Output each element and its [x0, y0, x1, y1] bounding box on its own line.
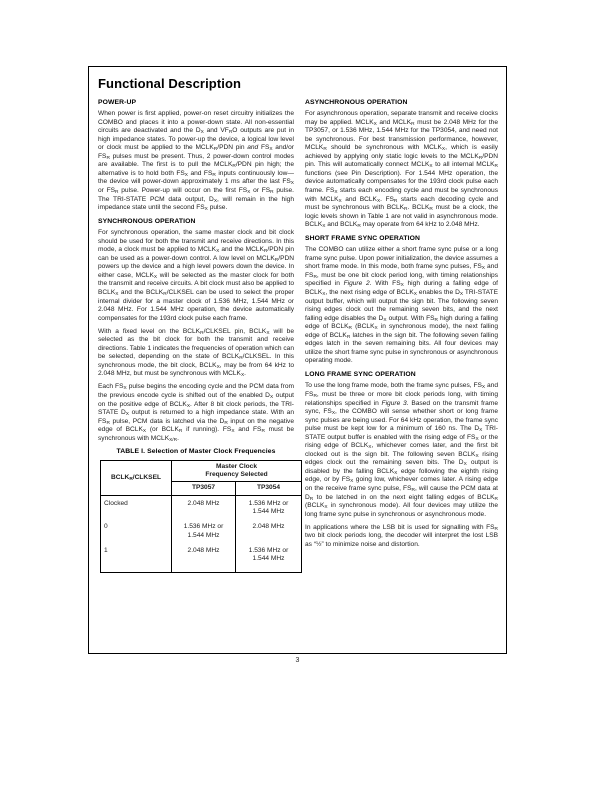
table-col1-header: BCLKR/CLKSEL	[101, 460, 172, 495]
page-number: 3	[88, 657, 507, 664]
page-title: Functional Description	[98, 76, 498, 91]
table-cell: 1.536 MHz or 1.544 MHz	[236, 495, 302, 519]
table-row: 0 1.536 MHz or 1.544 MHz 2.048 MHz	[101, 519, 302, 543]
table-cell: Clocked	[101, 495, 172, 519]
section-long-frame-sync: LONG FRAME SYNC OPERATION To use the lon…	[305, 371, 498, 549]
table-title: TABLE I. Selection of Master Clock Frequ…	[98, 448, 294, 457]
section-synchronous-operation: SYNCHRONOUS OPERATION For synchronous op…	[98, 218, 294, 443]
paragraph: To use the long frame mode, both the fra…	[305, 382, 498, 519]
paragraph: For synchronous operation, the same mast…	[98, 229, 294, 323]
table-cell: 1.536 MHz or 1.544 MHz	[236, 543, 302, 572]
section-short-frame-sync: SHORT FRAME SYNC OPERATION The COMBO can…	[305, 235, 498, 366]
table-cell: 0	[101, 519, 172, 543]
section-heading-synchronous-operation: SYNCHRONOUS OPERATION	[98, 218, 294, 227]
paragraph: With a fixed level on the BCLKR/CLKSEL p…	[98, 328, 294, 379]
paragraph: Each FSX pulse begins the encoding cycle…	[98, 383, 294, 443]
table-row: Clocked 2.048 MHz 1.536 MHz or 1.544 MHz	[101, 495, 302, 519]
master-clock-table-block: TABLE I. Selection of Master Clock Frequ…	[98, 448, 294, 572]
section-heading-power-up: POWER-UP	[98, 99, 294, 108]
section-heading-long-frame-sync: LONG FRAME SYNC OPERATION	[305, 371, 498, 380]
table-cell: 2.048 MHz	[172, 495, 236, 519]
right-column: ASYNCHRONOUS OPERATION For asynchronous …	[305, 99, 498, 573]
two-column-layout: POWER-UP When power is first applied, po…	[98, 99, 498, 573]
table-cell: 1	[101, 543, 172, 572]
paragraph: When power is first applied, power-on re…	[98, 110, 294, 213]
section-heading-asynchronous-operation: ASYNCHRONOUS OPERATION	[305, 99, 498, 108]
master-clock-table: BCLKR/CLKSEL Master Clock Frequency Sele…	[100, 460, 302, 573]
section-power-up: POWER-UP When power is first applied, po…	[98, 99, 294, 213]
table-header-row: BCLKR/CLKSEL Master Clock Frequency Sele…	[101, 460, 302, 482]
table-row: 1 2.048 MHz 1.536 MHz or 1.544 MHz	[101, 543, 302, 572]
table-cell: 2.048 MHz	[172, 543, 236, 572]
table-subheader-tp3057: TP3057	[172, 482, 236, 495]
page-frame: Functional Description POWER-UP When pow…	[88, 66, 507, 654]
table-cell: 1.536 MHz or 1.544 MHz	[172, 519, 236, 543]
table-cell: 2.048 MHz	[236, 519, 302, 543]
paragraph: For asynchronous operation, separate tra…	[305, 110, 498, 230]
section-heading-short-frame-sync: SHORT FRAME SYNC OPERATION	[305, 235, 498, 244]
paragraph: The COMBO can utilize either a short fra…	[305, 246, 498, 366]
left-column: POWER-UP When power is first applied, po…	[98, 99, 294, 573]
table-group-header: Master Clock Frequency Selected	[172, 460, 302, 482]
table-subheader-tp3054: TP3054	[236, 482, 302, 495]
section-asynchronous-operation: ASYNCHRONOUS OPERATION For asynchronous …	[305, 99, 498, 230]
paragraph: In applications where the LSB bit is use…	[305, 524, 498, 550]
